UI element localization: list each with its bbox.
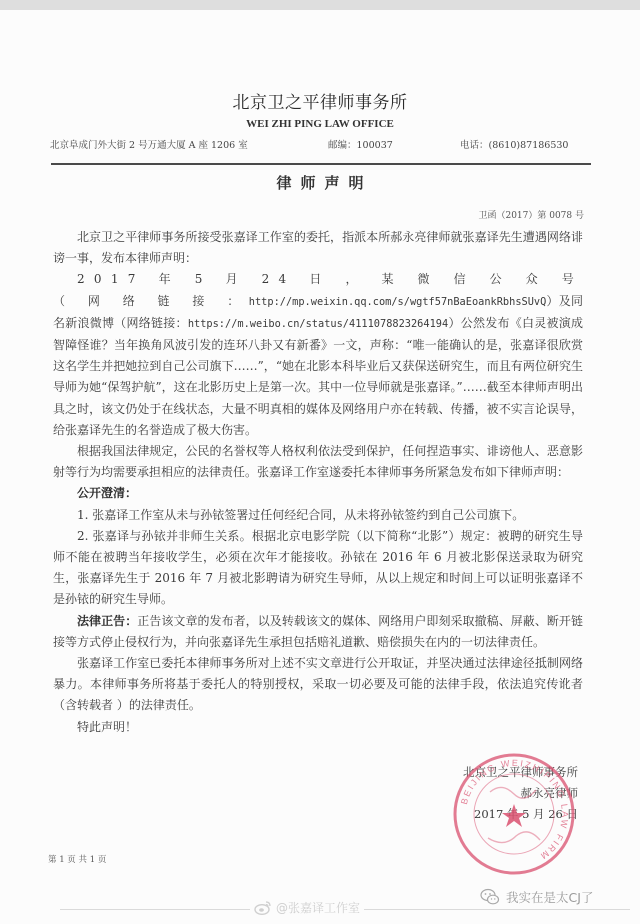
- legal-warning-label: 法律正告：: [77, 614, 137, 628]
- facts-rest-text: ）公然发布《白灵被演成智障怪谁？当年换角风波引发的连环八卦又有新番》一文，声称：…: [53, 316, 583, 437]
- wechat-logo-icon: [480, 888, 500, 906]
- signature-lawyer: 郝永亮律师: [463, 783, 578, 804]
- wechat-article-url: http://mp.weixin.qq.com/s/wgtf57nBaEoank…: [249, 296, 547, 308]
- weibo-watermark: @张嘉译工作室: [250, 896, 364, 918]
- top-border-band: [0, 0, 640, 10]
- firm-address: 北京阜成门外大街 2 号万通大厦 A 座 1206 室: [50, 137, 248, 151]
- document-title: 律师声明: [0, 172, 640, 193]
- signature-firm: 北京卫之平律师事务所: [463, 762, 578, 783]
- phone-label: 电话：: [460, 140, 489, 151]
- firm-name-english: WEI ZHI PING LAW OFFICE: [0, 118, 640, 130]
- paragraph-legal-warning: 法律正告：正告该文章的发布者，以及转载该文的媒体、网络用户即刻采取撤稿、屏蔽、断…: [53, 611, 583, 653]
- clarification-heading: 公开澄清：: [53, 483, 583, 504]
- paragraph-action: 张嘉译工作室已委托本律师事务所对上述不实文章进行公开取证，并坚决通过法律途径抵制…: [53, 653, 583, 717]
- wechat-watermark: 我实在是太CJ了: [480, 886, 593, 908]
- weibo-logo-icon: [254, 900, 272, 915]
- firm-name-chinese: 北京卫之平律师事务所: [0, 88, 640, 113]
- paragraph-legal-basis: 根据我国法律规定，公民的名誉权等人格权利依法受到保护，任何捏造事实、诽谤他人、恶…: [53, 441, 583, 483]
- phone-value: (8610)87186530: [489, 140, 569, 151]
- signature-block: 北京卫之平律师事务所 郝永亮律师 2017 年 5 月 26 日: [463, 762, 578, 825]
- statement-body: 北京卫之平律师事务所接受张嘉译工作室的委托，指派本所郝永亮律师就张嘉译先生遭遇网…: [53, 227, 583, 738]
- document-reference-number: 卫函（2017）第 0078 号: [478, 208, 584, 221]
- weibo-post-url: https://m.weibo.cn/status/41110788232641…: [188, 318, 448, 330]
- wechat-watermark-text: 我实在是太CJ了: [506, 888, 593, 906]
- firm-contact-line: 北京阜成门外大街 2 号万通大厦 A 座 1206 室 邮编：100037 电话…: [50, 137, 572, 153]
- clarification-item-1: 1. 张嘉译工作室从未与孙铱签署过任何经纪合同，从未将孙铱签约到自己公司旗下。: [53, 505, 583, 526]
- closing-statement: 特此声明！: [53, 717, 583, 738]
- clarification-item-2: 2. 张嘉译与孙铱并非师生关系。根据北京电影学院（以下简称“北影”）规定：被聘的…: [53, 526, 583, 611]
- postcode-label: 邮编：: [328, 140, 357, 151]
- firm-phone: 电话：(8610)87186530: [460, 137, 568, 151]
- paragraph-facts: 2017 年 5 月 24 日 ， 某 微 信 公 众 号 （ 网 络 链 接 …: [53, 269, 583, 441]
- signature-date: 2017 年 5 月 26 日: [463, 804, 578, 825]
- weibo-watermark-text: @张嘉译工作室: [276, 899, 360, 916]
- postcode-value: 100037: [357, 140, 393, 151]
- firm-postcode: 邮编：100037: [328, 137, 393, 151]
- paragraph-intro: 北京卫之平律师事务所接受张嘉译工作室的委托，指派本所郝永亮律师就张嘉译先生遭遇网…: [53, 227, 583, 269]
- letterhead-divider: [51, 163, 591, 165]
- page-number: 第 1 页 共 1 页: [48, 853, 106, 865]
